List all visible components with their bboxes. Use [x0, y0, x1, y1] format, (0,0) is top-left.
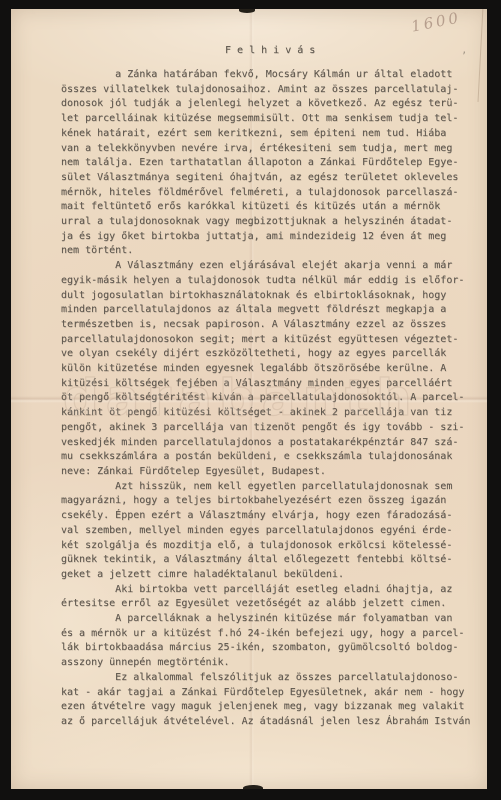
text-line: A Választmány ezen eljárásával elejét ak… [61, 259, 470, 274]
text-line: geket a jelzett cimre haladéktalanul bek… [61, 568, 470, 583]
text-line: neve: Zánkai Fürdőtelep Egyesület, Budap… [61, 465, 470, 480]
text-line: mait feltüntető erős karókkal kitüzeti é… [61, 200, 470, 215]
text-line: A parcelláknak a helyszinén kitüzése már… [61, 612, 470, 627]
text-line: csekély. Éppen ezért a Választmány elvár… [61, 509, 470, 524]
text-line: pengőt, akinek 3 parcellája van tizenöt … [61, 421, 470, 436]
text-line: urral a tulajdonosoknak vagy megbizottju… [61, 215, 470, 230]
text-line: kének határait, ezért sem keritkezni, se… [61, 127, 470, 142]
text-line: ve olyan csekély dijért eszközöltetheti,… [61, 347, 470, 362]
document-body: a Zánka határában fekvő, Mocsáry Kálmán … [61, 68, 470, 730]
text-line: értesitse erről az Egyesület vezetőségét… [61, 597, 470, 612]
text-line: van a telekkönyvben nevére irva, értékes… [61, 142, 470, 157]
text-line: két szolgálja és mozditja elő, a tulajdo… [61, 539, 470, 554]
fold-mark-top [239, 8, 255, 13]
text-line: a Zánka határában fekvő, Mocsáry Kálmán … [61, 68, 470, 83]
text-line: donosok jól tudják a jelenlegi helyzet a… [61, 97, 470, 112]
text-line: természetben is, necsak papiroson. A Vál… [61, 318, 470, 333]
document-page: 1600 F e l h i v á s ’ a Zánka határában… [11, 9, 488, 789]
text-line: és a mérnök ur a kitüzést f.hó 24-ikén b… [61, 627, 470, 642]
handwritten-number: 1600 [410, 8, 463, 35]
text-line: Azt hisszük, nem kell egyetlen parcellat… [61, 480, 470, 495]
text-line: külön kitüzetése minden egyesnek legaláb… [61, 362, 470, 377]
text-line: mérnök, hiteles földmérővel felméreti, a… [61, 186, 470, 201]
text-line: kat - akár tagjai a Zánkai Fürdőtelep Eg… [61, 686, 470, 701]
text-line: sület Választmánya segiteni óhajtván, az… [61, 171, 470, 186]
text-line: let parcelláinak kitüzése megsemmisült. … [61, 112, 470, 127]
text-line: dult jogosulatlan birtokhasználatoknak é… [61, 289, 470, 304]
text-line: veskedjék minden parcellatulajdonos a po… [61, 436, 470, 451]
text-line: kitüzési költségek fejében a Választmány… [61, 377, 470, 392]
text-line: egyik-másik helyen a tulajdonosok tudta … [61, 274, 470, 289]
document-title: F e l h i v á s [225, 45, 315, 56]
paper-edge-line [478, 7, 484, 102]
text-line: nem találja. Ezen tarthatatlan állapoton… [61, 156, 470, 171]
text-line: mu csekkszámlára a postán beküldeni, e c… [61, 450, 470, 465]
text-line: Aki birtokba vett parcelláját esetleg el… [61, 583, 470, 598]
text-line: minden parcellatulajdonos az általa megv… [61, 303, 470, 318]
text-line: lák birtokbaadása március 25-ikén, szomb… [61, 641, 470, 656]
text-line: Ez alkalommal felszólitjuk az összes par… [61, 671, 470, 686]
text-line: öt pengő költségtéritést kiván a parcell… [61, 391, 470, 406]
text-line: magyarázni, hogy a teljes birtokbahelyez… [61, 494, 470, 509]
text-line: parcellatulajdonosokon segit; mert a kit… [61, 333, 470, 348]
text-line: val szemben, mellyel minden egyes parcel… [61, 524, 470, 539]
text-line: nem történt. [61, 244, 470, 259]
text-line: ja és igy őket birtokba juttatja, ami mi… [61, 230, 470, 245]
fold-mark-bottom [243, 785, 263, 791]
text-line: asszony ünnepén megtörténik. [61, 656, 470, 671]
text-line: ezen átvételre vagy maguk jelenjenek meg… [61, 700, 470, 715]
text-line: az ő parcellájuk átvételével. Az átadásn… [61, 715, 470, 730]
stray-ink-mark: ’ [461, 51, 467, 62]
text-line: kánkint öt pengő kitüzési költséget - ak… [61, 406, 470, 421]
text-line: összes villatelkek tulajdonosaihoz. Amin… [61, 83, 470, 98]
text-line: güknek tekintik, a Választmány által elő… [61, 553, 470, 568]
